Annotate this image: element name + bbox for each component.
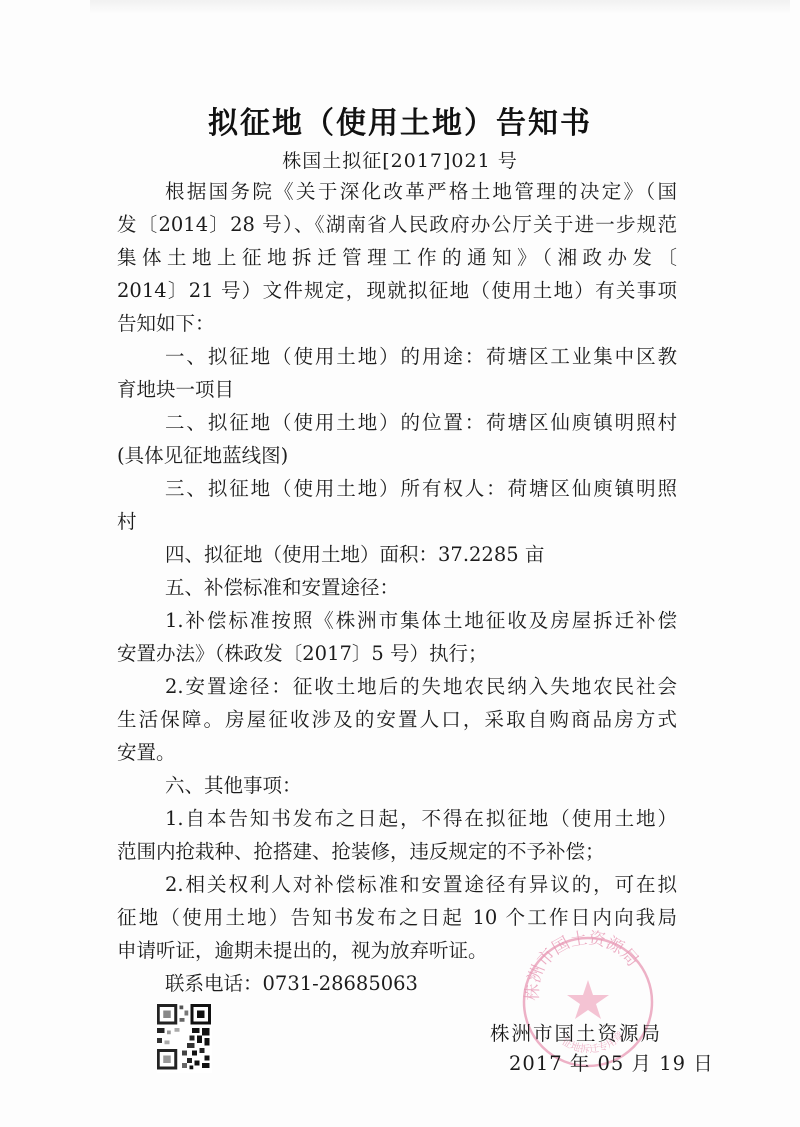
item6-1-line-2: 范围内抢栽种、抢搭建、抢装修，违反规定的不予补偿；	[117, 840, 677, 864]
item2-line-2: (具体见征地蓝线图)	[117, 444, 677, 468]
intro-line-5: 告知如下：	[117, 312, 677, 336]
item5-2-line-3: 安置。	[117, 741, 677, 765]
item6-2-line-1: 2.相关权利人对补偿标准和安置途径有异议的，可在拟	[165, 873, 677, 897]
item5-heading: 五、补偿标准和安置途径：	[165, 576, 677, 600]
item5-2-line-1: 2.安置途径：征收土地后的失地农民纳入失地农民社会	[165, 675, 677, 699]
item6-heading: 六、其他事项：	[165, 774, 677, 798]
item6-2-line-2: 征地（使用土地）告知书发布之日起 10 个工作日内向我局	[117, 906, 677, 930]
document-page: 拟征地（使用土地）告知书 株国土拟征[2017]021 号 根据国务院《关于深化…	[0, 0, 800, 1127]
intro-line-2: 发〔2014〕28 号）、《湖南省人民政府办公厅关于进一步规范	[117, 213, 677, 237]
scan-shadow	[90, 0, 790, 14]
document-title: 拟征地（使用土地）告知书	[0, 98, 800, 142]
item3-line-2: 村	[117, 510, 677, 534]
item3-line-1: 三、拟征地（使用土地）所有权人：荷塘区仙庾镇明照	[165, 477, 677, 501]
item2-line-1: 二、拟征地（使用土地）的位置：荷塘区仙庾镇明照村	[165, 411, 677, 435]
intro-line-4: 2014〕21 号）文件规定，现就拟征地（使用土地）有关事项	[117, 279, 677, 303]
item4-line-1: 四、拟征地（使用土地）面积：37.2285 亩	[165, 543, 677, 567]
item6-1-line-1: 1.自本告知书发布之日起，不得在拟征地（使用土地）	[165, 807, 677, 831]
qr-code-icon[interactable]	[157, 1003, 212, 1073]
item5-1-line-2: 安置办法》（株政发〔2017〕5 号）执行；	[117, 642, 677, 666]
item1-line-2: 育地块一项目	[117, 378, 677, 402]
intro-line-1: 根据国务院《关于深化改革严格土地管理的决定》（国	[165, 180, 677, 204]
intro-line-3: 集体土地上征地拆迁管理工作的通知》（湘政办发〔	[117, 246, 677, 270]
item1-line-1: 一、拟征地（使用土地）的用途：荷塘区工业集中区教	[165, 345, 677, 369]
item5-1-line-1: 1.补偿标准按照《株洲市集体土地征收及房屋拆迁补偿	[165, 609, 677, 633]
document-number: 株国土拟征[2017]021 号	[0, 146, 800, 173]
issuing-organization: 株洲市国土资源局	[490, 1018, 662, 1046]
issue-date: 2017 年 05 月 19 日	[509, 1048, 714, 1076]
item5-2-line-2: 生活保障。房屋征收涉及的安置人口，采取自购商品房方式	[117, 708, 677, 732]
svg-text:株洲市国土资源局: 株洲市国土资源局	[523, 930, 643, 1001]
